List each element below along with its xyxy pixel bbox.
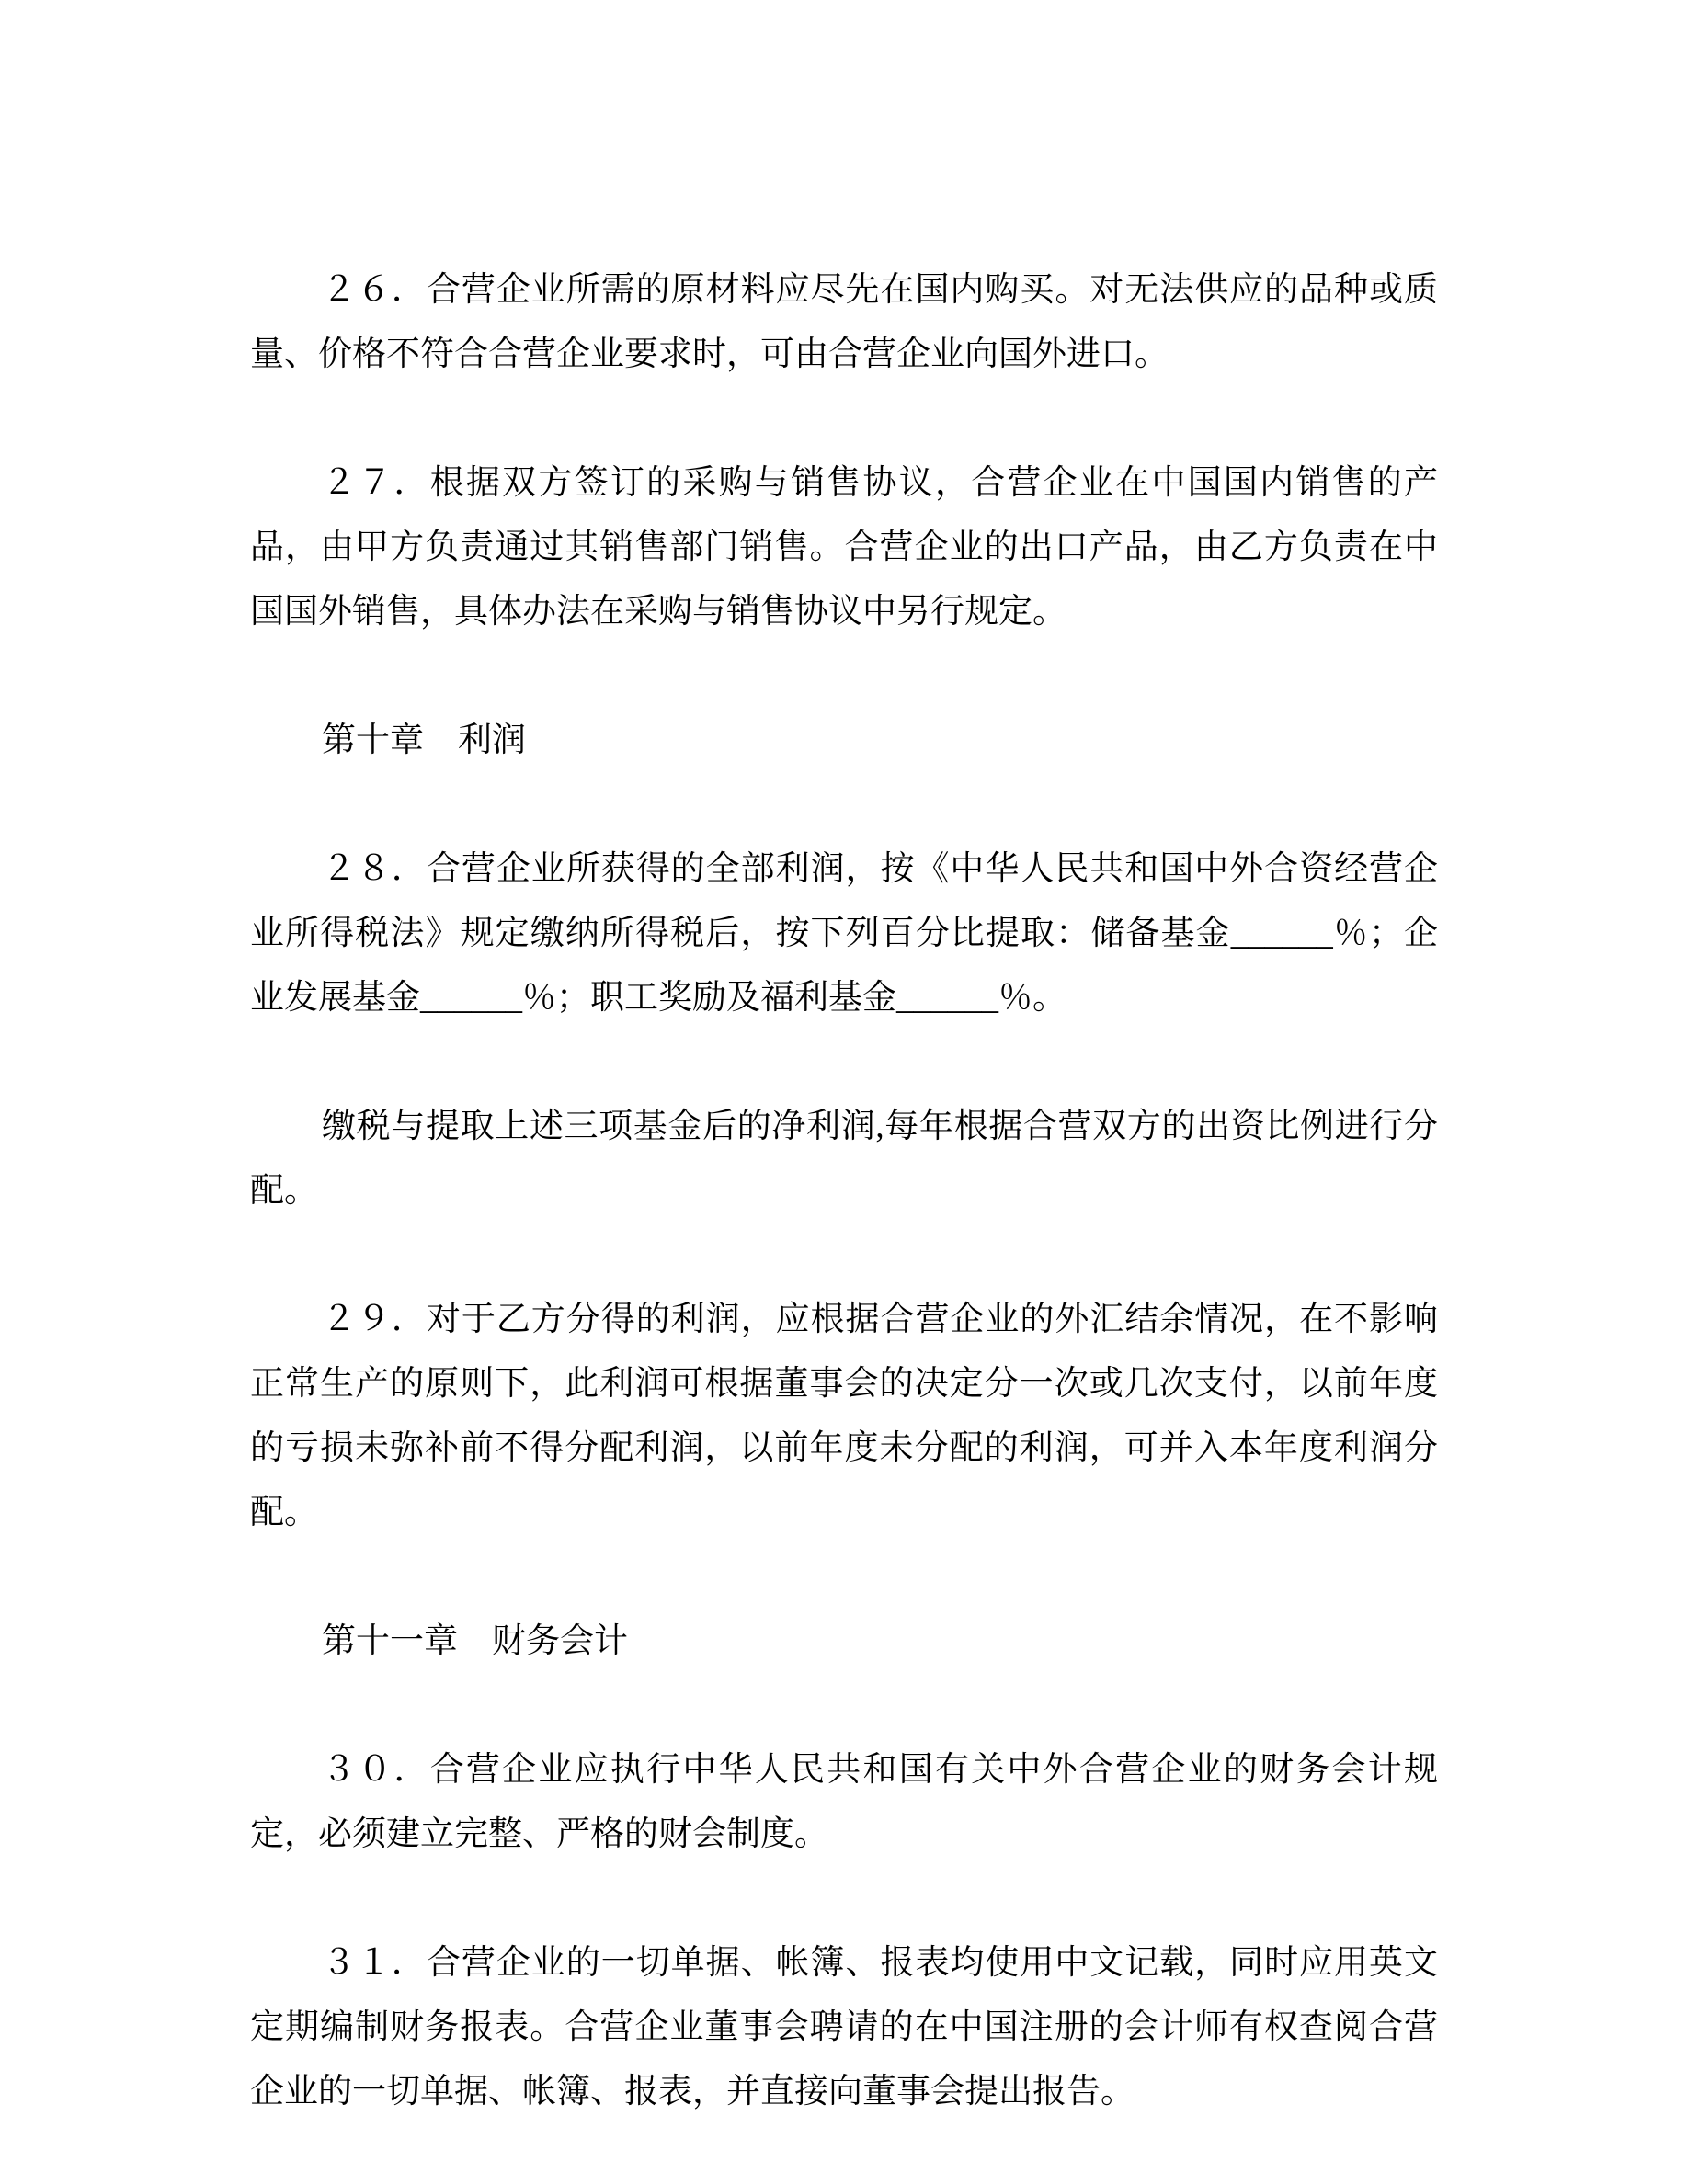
clause-31: ３１．合营企业的一切单据、帐簿、报表均使用中文记载，同时应用英文定期编制财务报表…	[250, 1931, 1438, 2124]
chapter-11-heading: 第十一章 财务会计	[250, 1610, 1438, 1674]
chapter-10-heading: 第十章 利润	[250, 709, 1438, 773]
document-page: { "document": { "language": "zh-CN", "ki…	[0, 0, 1688, 2184]
clause-30: ３０．合营企业应执行中华人民共和国有关中外合营企业的财务会计规定，必须建立完整、…	[250, 1738, 1438, 1867]
clause-28-profit-distribution: 缴税与提取上述三项基金后的净利润,每年根据合营双方的出资比例进行分配。	[250, 1095, 1438, 1223]
page-text-block: ２６．合营企业所需的原材料应尽先在国内购买。对无法供应的品种或质量、价格不符合合…	[250, 258, 1438, 2184]
clause-27: ２７．根据双方签订的采购与销售协议，合营企业在中国国内销售的产品，由甲方负责通过…	[250, 451, 1438, 644]
clause-26: ２６．合营企业所需的原材料应尽先在国内购买。对无法供应的品种或质量、价格不符合合…	[250, 258, 1438, 387]
clause-29: ２９．对于乙方分得的利润，应根据合营企业的外汇结余情况，在不影响正常生产的原则下…	[250, 1288, 1438, 1545]
clause-28: ２８．合营企业所获得的全部利润，按《中华人民共和国中外合资经营企业所得税法》规定…	[250, 837, 1438, 1030]
